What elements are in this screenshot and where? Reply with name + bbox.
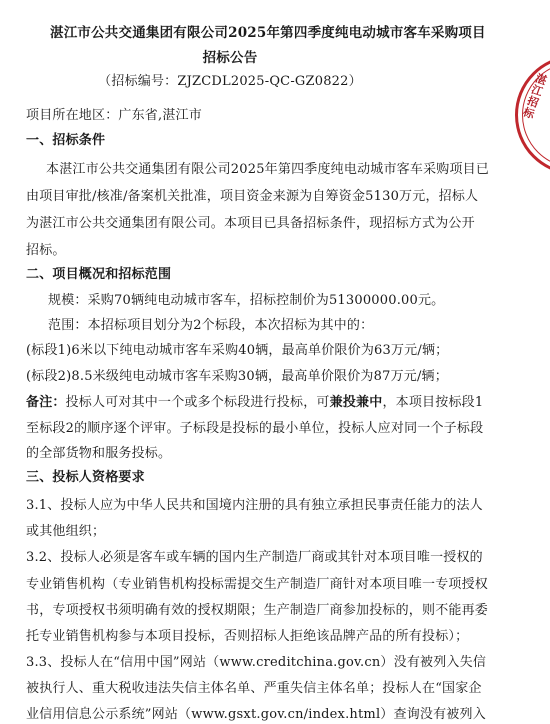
note-line: 的全部货物和服务投标。 <box>26 446 171 462</box>
section1-heading: 一、招标条件 <box>26 133 105 149</box>
qualification-line: 托专业销售机构参与本项目投标，否则招标人拒绝该品牌产品的所有投标）； <box>26 629 468 645</box>
lot-item: (标段2)8.5米级纯电动城市客车采购30辆，最高单价限价为87万元/辆； <box>26 369 448 385</box>
section1-paragraph-line: 由项目审批/核准/备案机关批准，项目资金来源为自筹资金5130万元，招标人 <box>26 189 478 205</box>
project-scope: 范围：本招标项目划分为2个标段，本次招标为其中的： <box>48 318 373 334</box>
project-location: 项目所在地区：广东省,湛江市 <box>26 108 202 124</box>
note-label: 备注： <box>26 395 66 410</box>
official-seal: 湛江招标 <box>515 55 550 175</box>
qualification-line: 3.3、投标人在“信用中国”网站（www.creditchina.gov.cn）… <box>26 655 486 671</box>
tender-number: （招标编号：ZJZCDL2025-QC-GZ0822） <box>0 74 460 90</box>
note-line: 备注：投标人可对其中一个或多个标段进行投标，可兼投兼中，本项目按标段1 <box>26 395 483 411</box>
lot-item: (标段1)6米以下纯电动城市客车采购40辆，最高单价限价为63万元/辆； <box>26 343 448 359</box>
qualification-line: 业信用信息公示系统”网站（www.gsxt.gov.cn/index.html）… <box>26 707 486 723</box>
section1-paragraph-line: 为湛江市公共交通集团有限公司。本项目已具备招标条件，现招标方式为公开 <box>26 216 475 232</box>
qualification-line: 3.2、投标人必须是客车或车辆的国内生产制造厂商或其针对本项目唯一授权的 <box>26 550 483 566</box>
section2-heading: 二、项目概况和招标范围 <box>26 267 171 283</box>
section1-paragraph-line: 本湛江市公共交通集团有限公司2025年第四季度纯电动城市客车采购项目已 <box>46 162 489 178</box>
note-line: 至标段2的顺序逐个评审。子标段是投标的最小单位，投标人应对同一个子标段 <box>26 421 483 437</box>
section1-paragraph-line: 招标。 <box>26 243 66 259</box>
qualification-line: 或其他组织； <box>26 524 105 540</box>
qualification-line: 书，专项授权书须明确有效的授权期限；生产制造厂商参加投标的，则不能再委 <box>26 603 488 619</box>
note-text: ，本项目按标段1 <box>382 395 483 410</box>
tender-announcement-document: 湛江招标 湛江市公共交通集团有限公司2025年第四季度纯电动城市客车采购项目 招… <box>0 0 550 724</box>
note-text: 投标人可对其中一个或多个标段进行投标，可 <box>66 395 330 410</box>
qualification-line: 专业销售机构（专业销售机构投标需提交生产制造厂商针对本项目唯一专项授权 <box>26 577 488 593</box>
document-title: 湛江市公共交通集团有限公司2025年第四季度纯电动城市客车采购项目 <box>50 25 486 41</box>
qualification-line: 被执行人、重大税收违法失信主体名单、严重失信主体名单；投标人在“国家企 <box>26 681 482 697</box>
note-emphasis: 兼投兼中 <box>330 395 383 410</box>
project-scale: 规模：采购70辆纯电动城市客车，招标控制价为51300000.00元。 <box>48 293 444 309</box>
section3-heading: 三、投标人资格要求 <box>26 470 145 486</box>
document-subtitle: 招标公告 <box>0 50 460 66</box>
qualification-line: 3.1、投标人应为中华人民共和国境内注册的具有独立承担民事责任能力的法人 <box>26 498 483 514</box>
